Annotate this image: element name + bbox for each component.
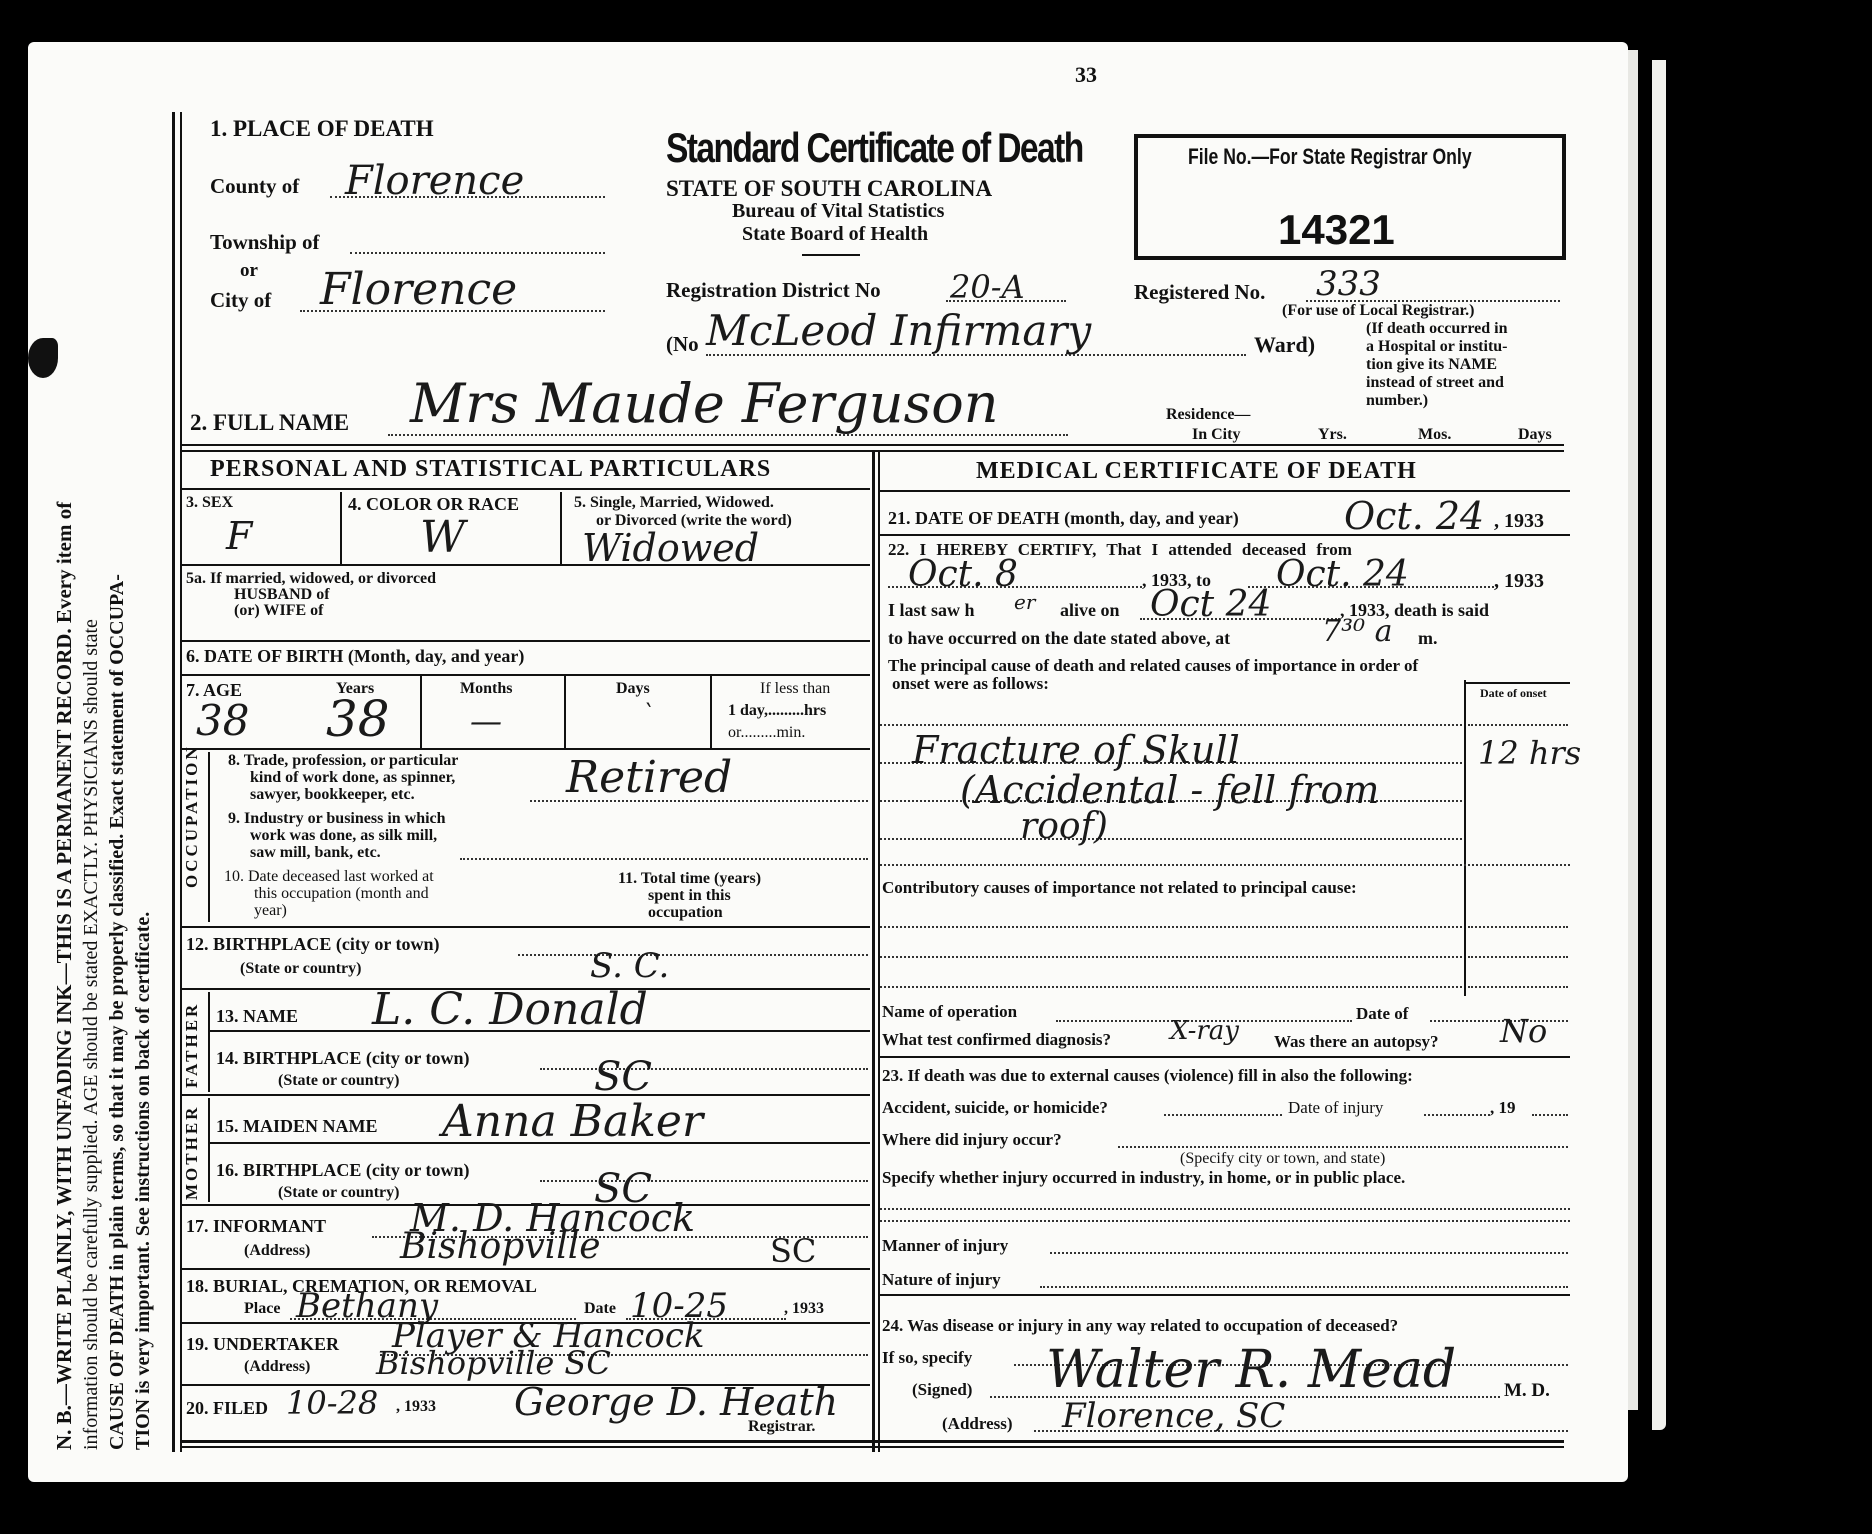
occupation-rule [180,926,870,928]
undertaker-addr-label: (Address) [244,1358,310,1376]
birthplace-line [518,954,868,956]
state-name: STATE OF SOUTH CAROLINA [666,176,992,202]
informant-addr-state: SC [770,1232,816,1270]
contrib-line-2 [880,956,1462,958]
personal-rule [180,488,870,490]
row5a-rule [180,640,870,642]
township-line [350,252,605,254]
test-label: What test confirmed diagnosis? [882,1030,1111,1050]
injury-date-label: Date of injury [1288,1098,1383,1118]
burial-year: , 1933 [784,1300,824,1318]
informant-addr-label: (Address) [244,1242,310,1260]
certificate-title: Standard Certificate of Death [666,124,1083,172]
contrib-onset-1 [1468,926,1568,928]
father-bp-label-1: 14. BIRTHPLACE (city or town) [216,1048,470,1069]
residence-label: Residence— [1166,406,1250,424]
accident-label: Accident, suicide, or homicide? [882,1098,1108,1118]
father-bp-label-2: (State or country) [278,1072,399,1090]
hospital-note-2: a Hospital or institu- [1366,338,1508,356]
specify-line [880,1208,1570,1210]
occupation-related-label: 24. Was disease or injury in any way rel… [882,1316,1398,1336]
father-bp-line [540,1068,868,1070]
md-label: M. D. [1504,1380,1550,1402]
onset-header: Date of onset [1480,686,1547,701]
bottom-rule-2 [180,1446,1564,1448]
totaltime-label-1: 11. Total time (years) [618,870,761,887]
sex-label: 3. SEX [186,494,233,512]
dob-label: 6. DATE OF BIRTH (Month, day, and year) [186,646,524,667]
registered-no-value: 333 [1316,264,1381,304]
city-value: Florence [320,264,517,315]
contrib-line-1 [880,926,1462,928]
birthplace-label-1: 12. BIRTHPLACE (city or town) [186,934,440,955]
hospital-note-3: tion give its NAME [1366,356,1508,374]
father-name-value: L. C. Donald [372,984,648,1035]
lastworked-label-3: year) [224,902,434,919]
page-mark: 33 [1075,62,1097,88]
age-value: 38 [196,696,249,745]
institution-no-label: (No [666,332,699,357]
undertaker-addr-value: Bishopville SC [376,1344,611,1382]
lastworked-label-2: this occupation (month and [224,885,434,902]
onset-top-rule [1466,682,1570,684]
age-rule [180,748,870,750]
industry-line [460,858,868,860]
cause-line-4 [880,838,1462,840]
manner-line [1050,1252,1568,1254]
medical-rule [880,490,1570,492]
nature-line [1040,1286,1568,1288]
sidebar-notice-line4: TION is very important. See instructions… [132,912,155,1450]
mother-name-label: 15. MAIDEN NAME [216,1116,378,1137]
trade-label: 8. Trade, profession, or particular kind… [228,752,458,803]
injury-year-line [1532,1114,1568,1116]
township-label: Township of [210,230,320,255]
mother-divider [208,1098,210,1202]
lastsaw-label: I last saw h [888,600,975,621]
medical-heading: MEDICAL CERTIFICATE OF DEATH [976,458,1417,485]
reg-district-value: 20-A [950,268,1025,306]
file-number: 14321 [1278,206,1395,254]
days-value: ` [642,700,654,728]
ward-label: Ward) [1254,332,1315,358]
mos-label: Mos. [1418,426,1451,444]
industry-label: 9. Industry or business in which work wa… [228,810,446,861]
trade-value: Retired [566,752,732,803]
months-divider [564,676,566,748]
in-city-label: In City [1192,426,1240,444]
mother-bp-label-1: 16. BIRTHPLACE (city or town) [216,1160,470,1181]
occupation-vertical-label: OCCUPATION [182,744,202,888]
center-divider [872,452,875,1452]
totaltime-label-3: occupation [618,904,761,921]
filed-year: , 1933 [396,1398,436,1416]
trade-label-1: 8. Trade, profession, or particular [228,752,458,769]
father-vertical-label: FATHER [182,1002,202,1088]
occupation-divider [208,752,210,922]
totaltime-label-2: spent in this [618,887,761,904]
place-label: Place [244,1300,280,1318]
lastworked-label: 10. Date deceased last worked at this oc… [224,868,434,919]
accident-line [1164,1114,1282,1116]
injury-year-label: , 19 [1490,1098,1516,1118]
title-rule [802,254,860,256]
filed-value: 10-28 [286,1384,378,1422]
physician-signature: Walter R. Mead [1046,1340,1456,1400]
left-border [172,112,175,1452]
or-label: or [240,260,258,282]
birthplace-value: S. C. [590,946,669,986]
reg-district-label: Registration District No [666,278,881,303]
test-rule [880,1056,1570,1058]
file-number-label: File No.—For State Registrar Only [1188,144,1472,170]
full-name-label: 2. FULL NAME [190,410,349,436]
years-value: 38 [326,690,390,748]
sidebar-notice-line2: information should be carefully supplied… [80,619,103,1450]
onset-divider [1464,680,1466,996]
mother-name-value: Anna Baker [442,1096,703,1147]
binder-hole-mark [28,338,58,378]
cause-end-line [880,864,1570,866]
undertaker-label: 19. UNDERTAKER [186,1334,339,1355]
mother-name-rule [210,1142,870,1144]
alive-label: alive on [1060,600,1120,621]
informant-label: 17. INFORMANT [186,1216,326,1237]
time-value: 7³⁰ a [1322,614,1393,649]
informant-rule [180,1268,870,1270]
lastsaw-pronoun: er [1014,590,1035,614]
physician-address: Florence, SC [1062,1396,1285,1436]
operation-date-line [1430,1020,1568,1022]
mother-bp-line [540,1180,868,1182]
paper-edge [1628,50,1638,1410]
time-suffix: m. [1418,628,1438,649]
years-divider [420,676,422,748]
father-divider [208,992,210,1092]
spouse-label-3: (or) WIFE of [234,602,323,620]
paper-edge-back [1652,60,1666,1430]
informant-addr-value: Bishopville [400,1226,601,1267]
less-than-1: If less than [760,680,830,698]
attended-from-value: Oct. 8 [908,554,1018,595]
dod-label: 21. DATE OF DEATH (month, day, and year) [888,508,1239,529]
contrib-onset-2 [1468,956,1568,958]
father-name-rule [210,1030,870,1032]
institution-value: McLeod Infirmary [706,306,1091,355]
operation-date-label: Date of [1356,1004,1408,1024]
cause-line-1 [880,724,1462,726]
occurred-label: to have occurred on the date stated abov… [888,628,1230,649]
birthplace-label-2: (State or country) [240,960,361,978]
registered-no-label: Registered No. [1134,280,1265,305]
county-value: Florence [345,158,524,204]
manner-label: Manner of injury [882,1236,1008,1256]
trade-label-3: sawyer, bookkeeper, etc. [228,786,458,803]
ifso-label: If so, specify [882,1348,972,1368]
less-than-2: 1 day,.........hrs [728,702,826,720]
industry-label-1: 9. Industry or business in which [228,810,446,827]
onset-value: 12 hrs [1478,734,1581,772]
hospital-note: (If death occurred in a Hospital or inst… [1366,320,1508,410]
hospital-note-5: number.) [1366,392,1508,410]
attended-to-value: Oct. 24 [1276,554,1409,595]
onset-line-1 [1468,724,1568,726]
full-name-value: Mrs Maude Ferguson [410,372,999,435]
registrar-label: Registrar. [748,1418,815,1436]
signed-label: (Signed) [912,1380,972,1400]
file-number-box: File No.—For State Registrar Only 14321 [1134,134,1566,260]
months-value: — [470,702,502,740]
specify-city-label: (Specify city or town, and state) [1180,1150,1385,1168]
dod-year: , 1933 [1494,510,1544,533]
contributory-label: Contributory causes of importance not re… [882,878,1357,898]
marital-label-1: 5. Single, Married, Widowed. [574,494,774,512]
bureau-name: Bureau of Vital Statistics [732,200,944,223]
cause-value-3: roof) [1020,806,1108,847]
sex-divider [340,492,342,564]
sidebar-notice-line3: CAUSE OF DEATH in plain terms, so that i… [106,574,129,1450]
injury-date-line [1424,1114,1490,1116]
nature-label: Nature of injury [882,1270,1001,1290]
autopsy-label: Was there an autopsy? [1274,1032,1439,1052]
specify-whether-label: Specify whether injury occurred in indus… [882,1168,1405,1188]
center-divider-inner [878,452,880,1452]
yrs-label: Yrs. [1318,426,1347,444]
contrib-line-3 [880,986,1462,988]
where-label: Where did injury occur? [882,1130,1062,1150]
father-name-label: 13. NAME [216,1006,298,1027]
sidebar-notice-line1: N. B.—WRITE PLAINLY, WITH UNFADING INK—T… [52,502,77,1450]
hospital-note-1: (If death occurred in [1366,320,1508,338]
days-divider [710,676,712,748]
less-than-3: or.........min. [728,724,805,742]
mother-vertical-label: MOTHER [182,1105,202,1200]
days-label: Days [1518,426,1552,444]
attended-to-year: , 1933 [1494,570,1544,593]
external-label: 23. If death was due to external causes … [882,1066,1413,1086]
contrib-onset-3 [1468,986,1568,988]
place-of-death-heading: 1. PLACE OF DEATH [210,116,434,142]
trade-label-2: kind of work done, as spinner, [228,769,458,786]
months-label: Months [460,680,512,698]
hospital-note-4: instead of street and [1366,374,1508,392]
name-rule-1 [180,444,1564,446]
race-value: W [420,512,465,563]
bottom-rule [180,1440,1564,1443]
where-line [1118,1146,1568,1148]
specify-line-2 [880,1220,1570,1222]
totaltime-label: 11. Total time (years) spent in this occ… [618,870,761,921]
dod-rule [880,534,1570,536]
autopsy-value: No [1500,1012,1547,1050]
address-label: (Address) [942,1414,1013,1434]
principal-label-2: onset were as follows: [892,674,1049,694]
city-label: City of [210,288,271,313]
dod-value: Oct. 24 [1344,494,1484,538]
filed-label: 20. FILED [186,1398,268,1419]
industry-label-2: work was done, as silk mill, [228,827,446,844]
dob-rule [180,674,870,676]
test-value: X-ray [1170,1016,1239,1046]
sex-value: F [226,514,252,558]
county-label: County of [210,174,299,199]
industry-label-3: saw mill, bank, etc. [228,844,446,861]
principal-label-1: The principal cause of death and related… [888,656,1418,676]
days-label: Days [616,680,650,698]
race-divider [560,492,562,564]
nature-rule [880,1294,1570,1296]
personal-heading: PERSONAL AND STATISTICAL PARTICULARS [210,456,771,483]
lastsaw-value: Oct 24 [1150,584,1271,625]
registered-note: (For use of Local Registrar.) [1282,302,1474,320]
board-name: State Board of Health [742,223,928,246]
mother-bp-label-2: (State or country) [278,1184,399,1202]
row3-rule [180,564,870,566]
operation-label: Name of operation [882,1002,1017,1022]
cause-value-1: Fracture of Skull [912,728,1240,772]
lastworked-label-1: 10. Date deceased last worked at [224,868,434,885]
